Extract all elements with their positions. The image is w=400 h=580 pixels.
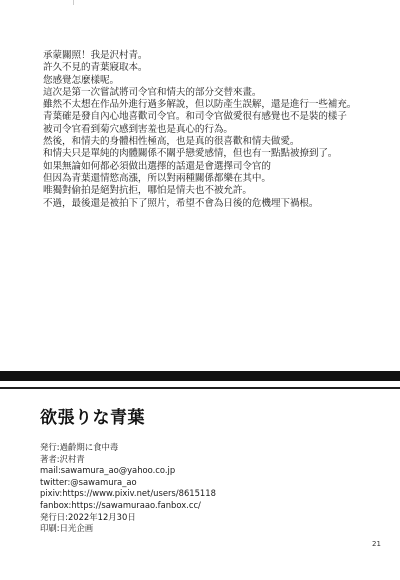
afterword-text: 承蒙關照！我是沢村青。 許久不見的青葉寢取本。 您感覺怎麼樣呢。 這次是第一次嘗… (43, 50, 388, 210)
afterword-line: 這次是第一次嘗試將司令官和情夫的部分交替來畫。 (43, 87, 388, 99)
divider-thin (0, 387, 400, 389)
afterword-line: 被司令官看到菊穴感到害羞也是真心的行為。 (43, 124, 388, 136)
colophon-fanbox: fanbox:https://sawamuraao.fanbox.cc/ (40, 500, 216, 512)
afterword-line: 不過，最後還是被拍下了照片，希望不會為日後的危機埋下禍根。 (43, 198, 388, 210)
afterword-line: 如果無論如何都必須做出選擇的話還是會選擇司令官的 (43, 161, 388, 173)
colophon-publisher: 発行:過齡期に食中毒 (40, 442, 216, 454)
colophon-printer: 印刷:日光企画 (40, 523, 216, 535)
afterword-line: 唯獨對偷拍是絕對抗拒，哪怕是情夫也不被允許。 (43, 185, 388, 197)
colophon-author: 著者:沢村青 (40, 454, 216, 466)
colophon-twitter: twitter:@sawamura_ao (40, 477, 216, 489)
colophon-mail: mail:sawamura_ao@yahoo.co.jp (40, 465, 216, 477)
afterword-line: 和情夫只是單純的肉體關係不關乎戀愛感情，但也有一點點被撩到了。 (43, 148, 388, 160)
afterword-line: 雖然不太想在作品外進行過多解說，但以防產生誤解，還是進行一些補充。 (43, 99, 388, 111)
colophon-pixiv: pixiv:https://www.pixiv.net/users/861511… (40, 488, 216, 500)
afterword-line: 您感覺怎麼樣呢。 (43, 75, 388, 87)
book-title: 欲張りな青葉 (40, 403, 145, 428)
afterword-line: 承蒙關照！我是沢村青。 (43, 50, 388, 62)
colophon-date: 発行日:2022年12月30日 (40, 512, 216, 524)
colophon: 発行:過齡期に食中毒 著者:沢村青 mail:sawamura_ao@yahoo… (40, 442, 216, 535)
afterword-line: 青葉確是發自內心地喜歡司令官。和司令官做愛很有感覺也不是裝的樣子 (43, 111, 388, 123)
divider-thick (0, 371, 400, 381)
afterword-line: 許久不見的青葉寢取本。 (43, 62, 388, 74)
afterword-line: 但因為青葉還情慾高漲，所以對兩種關係都樂在其中。 (43, 173, 388, 185)
afterword-line: 然後，和情夫的身體相性極高，也是真的很喜歡和情夫做愛。 (43, 136, 388, 148)
page-number: 21 (372, 540, 381, 548)
scan-speck (73, 0, 74, 5)
